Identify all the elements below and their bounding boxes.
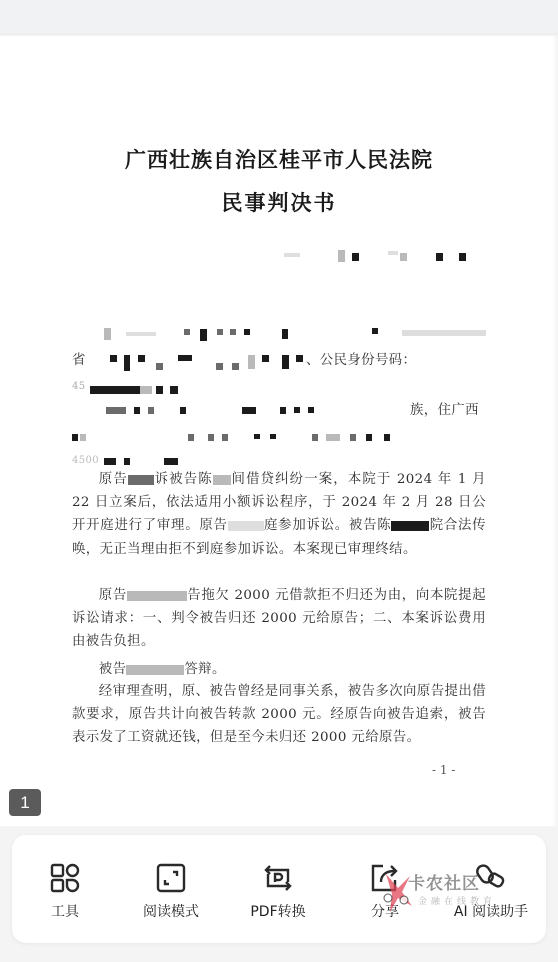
- tools-label: 工具: [51, 901, 79, 921]
- case-intro-paragraph: 原告诉被告陈间借贷纠纷一案，本院于 2024 年 1 月 22 日立案后，依法适…: [72, 468, 486, 561]
- fullscreen-icon: [155, 862, 187, 894]
- plaintiff-id-line: 45: [72, 374, 486, 397]
- share-button[interactable]: 分享: [332, 835, 438, 943]
- reading-mode-button[interactable]: 阅读模式: [118, 835, 224, 943]
- bottom-toolbar: 工具 阅读模式 PDF转换 分享 AI 阅读助手: [12, 835, 546, 943]
- pdf-convert-icon: [262, 862, 294, 894]
- case-number-redacted: [278, 250, 468, 264]
- findings-paragraph: 经审理查明，原、被告曾经是同事关系，被告多次向原告提出借款要求，原告共计向被告转…: [72, 680, 486, 750]
- share-icon: [369, 862, 401, 894]
- page-footer-number: - 1 -: [432, 763, 455, 777]
- tools-button[interactable]: 工具: [12, 835, 118, 943]
- ai-assistant-icon: [475, 862, 507, 894]
- plaintiff-info-line-2: 省 、公民身份号码：: [72, 349, 486, 372]
- reading-mode-label: 阅读模式: [143, 901, 199, 921]
- defendant-info-line-2: [72, 424, 486, 447]
- court-title: 广西壮族自治区桂平市人民法院: [72, 144, 486, 174]
- ai-assistant-button[interactable]: AI 阅读助手: [438, 835, 544, 943]
- plaintiff-info-line-1: [72, 324, 486, 347]
- defendant-info-line-1: 族，住广西: [72, 399, 486, 422]
- pdf-convert-label: PDF转换: [250, 901, 305, 921]
- page-edge: [552, 36, 558, 826]
- document-page[interactable]: 广西壮族自治区桂平市人民法院 民事判决书 省: [0, 36, 558, 826]
- current-page-badge[interactable]: 1: [9, 789, 41, 816]
- ai-assistant-label: AI 阅读助手: [454, 901, 528, 921]
- defendant-id-line: 4500: [72, 448, 486, 466]
- defendant-reply-paragraph: 被告答辩。: [72, 658, 486, 681]
- top-bar: [0, 0, 558, 34]
- share-label: 分享: [371, 901, 399, 921]
- pdf-convert-button[interactable]: PDF转换: [225, 835, 331, 943]
- grid-icon: [49, 862, 81, 894]
- plaintiff-claim-paragraph: 原告告拖欠 2000 元借款拒不归还为由，向本院提起诉讼请求：一、判令被告归还 …: [72, 584, 486, 654]
- document-title: 民事判决书: [72, 187, 486, 217]
